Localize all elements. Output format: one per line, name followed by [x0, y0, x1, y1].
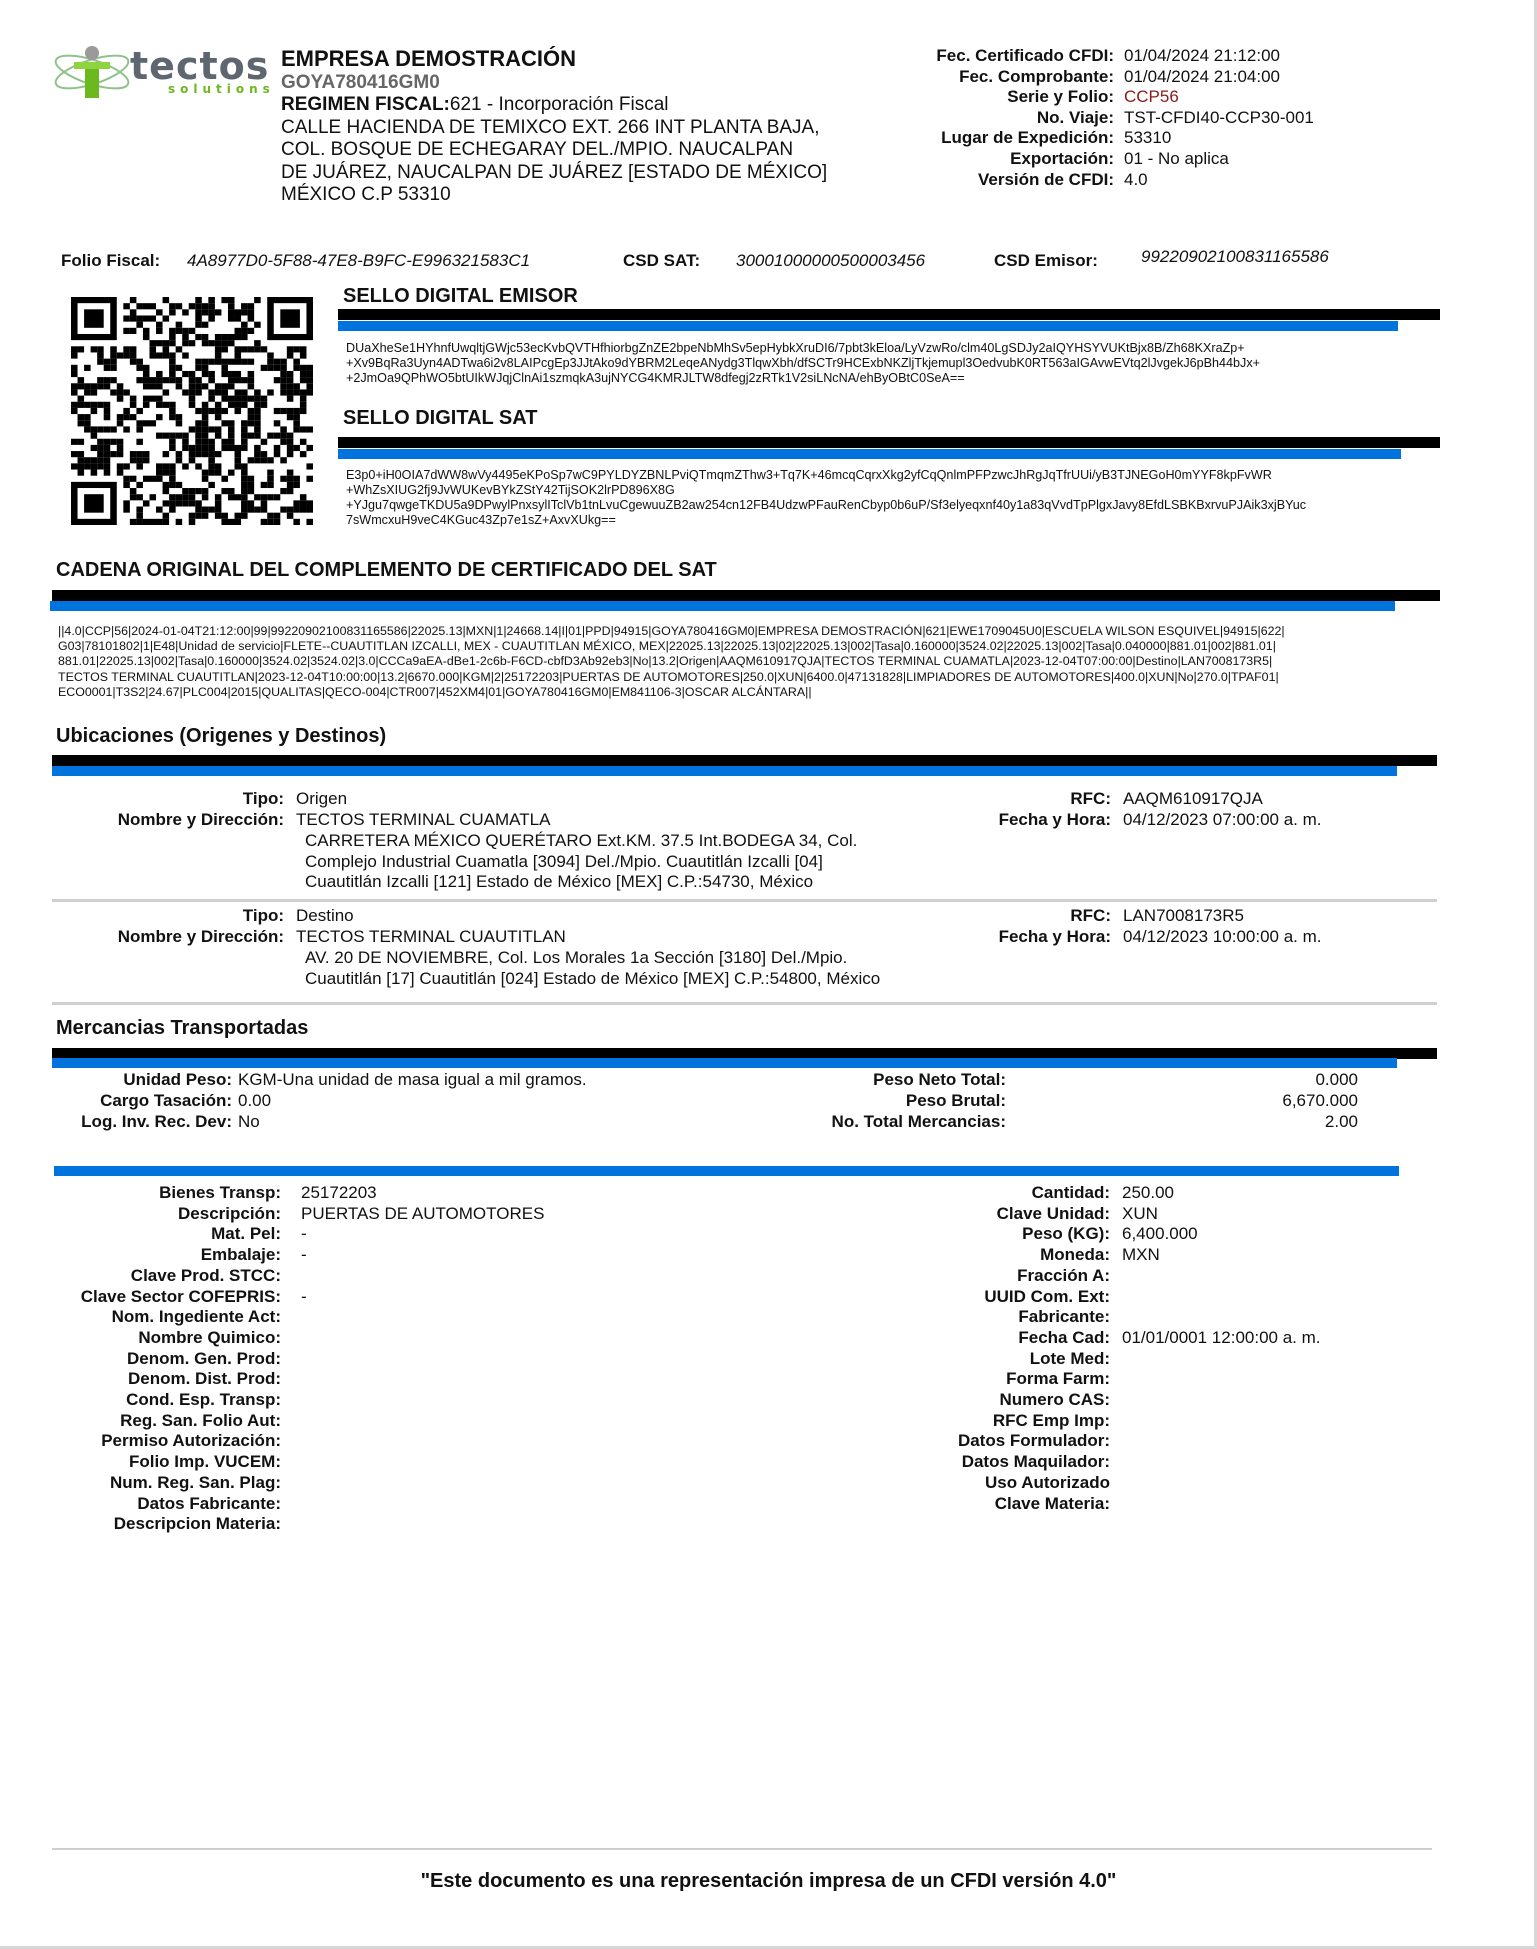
detail-left-row: Num. Reg. San. Plag: [52, 1473, 301, 1494]
cadena-original-title: CADENA ORIGINAL DEL COMPLEMENTO DE CERTI… [56, 559, 717, 582]
detail-right-row: Cantidad:250.00 [880, 1183, 1174, 1204]
summary-label: Peso Brutal: [760, 1091, 1018, 1112]
issuer-rfc: GOYA780416GM0 [281, 72, 901, 94]
detail-value: - [301, 1245, 307, 1266]
detail-label: Embalaje: [52, 1245, 301, 1266]
detail-right-row: Datos Maquilador: [880, 1452, 1122, 1473]
detail-label: Permiso Autorización: [52, 1431, 301, 1452]
detail-left-row: Nom. Ingediente Act: [52, 1307, 301, 1328]
detail-value: 01/01/0001 12:00:00 a. m. [1122, 1328, 1321, 1349]
ubic-tipo-value: Destino [296, 906, 354, 927]
detail-label: Datos Maquilador: [880, 1452, 1122, 1473]
meta-value: 53310 [1124, 128, 1171, 149]
ubic-tipo-label: Tipo: [52, 789, 296, 810]
detail-label: Uso Autorizado [880, 1473, 1122, 1494]
csd-sat: CSD SAT: [623, 251, 700, 271]
ubicaciones-bar-black [52, 755, 1437, 766]
detail-value: 25172203 [301, 1183, 377, 1204]
ubic-fecha-label: Fecha y Hora: [951, 927, 1123, 948]
meta-label: Versión de CFDI: [890, 170, 1124, 191]
summary-value: 0.000 [1018, 1070, 1358, 1091]
meta-value: 01 - No aplica [1124, 149, 1229, 170]
ubicacion-divider [52, 1002, 1437, 1005]
folio-fiscal-value: 4A8977D0-5F88-47E8-B9FC-E996321583C1 [187, 251, 530, 270]
summary-value: 2.00 [1018, 1112, 1358, 1133]
ubic-rfc-label: RFC: [951, 906, 1123, 927]
meta-row: No. Viaje:TST-CFDI40-CCP30-001 [890, 108, 1314, 129]
detail-right-row: Moneda:MXN [880, 1245, 1160, 1266]
meta-row: Lugar de Expedición:53310 [890, 128, 1314, 149]
mercancias-bar-blue [52, 1058, 1397, 1068]
detail-label: Num. Reg. San. Plag: [52, 1473, 301, 1494]
detail-right-row: Clave Unidad:XUN [880, 1204, 1158, 1225]
ubic-nombre-label: Nombre y Dirección: [52, 810, 296, 831]
issuer-regimen: REGIMEN FISCAL:621 - Incorporación Fisca… [281, 94, 901, 117]
detail-left-row: Denom. Dist. Prod: [52, 1369, 301, 1390]
summary-label: Log. Inv. Rec. Dev: [52, 1112, 238, 1133]
csd-sat-value: 30001000000500003456 [736, 251, 925, 270]
detail-label: Descripción: [52, 1204, 301, 1225]
csd-sat-label: CSD SAT: [623, 251, 700, 270]
sello-emisor-title: SELLO DIGITAL EMISOR [343, 285, 578, 308]
detail-label: Fecha Cad: [880, 1328, 1122, 1349]
detail-value: - [301, 1224, 307, 1245]
detail-value: 250.00 [1122, 1183, 1174, 1204]
ubicacion-divider [52, 899, 1437, 902]
atom-logo-icon [52, 44, 132, 100]
detail-right-row: Clave Materia: [880, 1494, 1122, 1515]
detail-right-row: Numero CAS: [880, 1390, 1122, 1411]
ubic-nombre: Nombre y Dirección:TECTOS TERMINAL CUAUT… [52, 927, 566, 948]
summary-left-row: Unidad Peso:KGM-Una unidad de masa igual… [52, 1070, 587, 1091]
detail-label: Datos Fabricante: [52, 1494, 301, 1515]
detail-left-row: Embalaje:- [52, 1245, 307, 1266]
detail-right-row: Fabricante: [880, 1307, 1122, 1328]
ubic-fecha: Fecha y Hora:04/12/2023 07:00:00 a. m. [951, 810, 1322, 831]
sello-sat-bar-blue [338, 449, 1401, 459]
footer-divider [52, 1848, 1432, 1850]
issuer-address: CALLE HACIENDA DE TEMIXCO EXT. 266 INT P… [281, 117, 901, 207]
detail-label: Datos Formulador: [880, 1431, 1122, 1452]
meta-label: Lugar de Expedición: [890, 128, 1124, 149]
meta-label: Exportación: [890, 149, 1124, 170]
detail-label: Nombre Quimico: [52, 1328, 301, 1349]
detail-left-row: Datos Fabricante: [52, 1494, 301, 1515]
summary-value: KGM-Una unidad de masa igual a mil gramo… [238, 1070, 587, 1091]
sello-emisor-bar-blue [338, 321, 1398, 331]
detail-label: Forma Farm: [880, 1369, 1122, 1390]
summary-left-row: Cargo Tasación:0.00 [52, 1091, 271, 1112]
detail-value: XUN [1122, 1204, 1158, 1225]
summary-label: Cargo Tasación: [52, 1091, 238, 1112]
detail-value: - [301, 1287, 307, 1308]
detail-right-row: UUID Com. Ext: [880, 1287, 1122, 1308]
summary-left-row: Log. Inv. Rec. Dev:No [52, 1112, 260, 1133]
summary-value: 6,670.000 [1018, 1091, 1358, 1112]
detail-label: Fracción A: [880, 1266, 1122, 1287]
meta-value: CCP56 [1124, 87, 1179, 108]
detail-label: Nom. Ingediente Act: [52, 1307, 301, 1328]
meta-row: Fec. Comprobante:01/04/2024 21:04:00 [890, 67, 1314, 88]
sello-emisor-text: DUaXheSe1HYhnfUwqltjGWjc53ecKvbQVTHfhior… [346, 341, 1436, 386]
meta-value: TST-CFDI40-CCP30-001 [1124, 108, 1314, 129]
ubic-rfc-label: RFC: [951, 789, 1123, 810]
regimen-label: REGIMEN FISCAL: [281, 94, 450, 115]
meta-value: 4.0 [1124, 170, 1148, 191]
summary-right-row: Peso Brutal:6,670.000 [760, 1091, 1358, 1112]
cadena-original-text: ||4.0|CCP|56|2024-01-04T21:12:00|99|9922… [58, 624, 1458, 700]
ubic-tipo-value: Origen [296, 789, 347, 810]
cadena-bar-blue [50, 601, 1395, 611]
ubic-fecha: Fecha y Hora:04/12/2023 10:00:00 a. m. [951, 927, 1322, 948]
detail-left-row: Descripción:PUERTAS DE AUTOMOTORES [52, 1204, 544, 1225]
detail-right-row: Forma Farm: [880, 1369, 1122, 1390]
detail-label: Moneda: [880, 1245, 1122, 1266]
detail-left-row: Folio Imp. VUCEM: [52, 1452, 301, 1473]
ubicaciones-bar-blue [52, 766, 1397, 776]
csd-emisor-value-wrap: 99220902100831165586 [1141, 247, 1329, 267]
detail-label: Clave Sector COFEPRIS: [52, 1287, 301, 1308]
ubic-rfc: RFC:LAN7008173R5 [951, 906, 1244, 927]
detail-label: Clave Prod. STCC: [52, 1266, 301, 1287]
detail-label: UUID Com. Ext: [880, 1287, 1122, 1308]
ubic-direccion: AV. 20 DE NOVIEMBRE, Col. Los Morales 1a… [305, 948, 880, 989]
ubic-rfc-value: AAQM610917QJA [1123, 789, 1263, 810]
cadena-bar-black [52, 590, 1440, 601]
csd-emisor-value: 99220902100831165586 [1141, 247, 1329, 266]
sello-sat-title: SELLO DIGITAL SAT [343, 407, 537, 430]
detail-label: Cantidad: [880, 1183, 1122, 1204]
sello-sat-bar-black [338, 437, 1440, 448]
detail-right-row: Datos Formulador: [880, 1431, 1122, 1452]
detail-label: Bienes Transp: [52, 1183, 301, 1204]
detail-left-row: Descripcion Materia: [52, 1514, 301, 1535]
csd-emisor-label: CSD Emisor: [994, 251, 1098, 270]
meta-row: Serie y Folio:CCP56 [890, 87, 1314, 108]
detail-label: Clave Unidad: [880, 1204, 1122, 1225]
detail-label: Numero CAS: [880, 1390, 1122, 1411]
cfdi-meta: Fec. Certificado CFDI:01/04/2024 21:12:0… [890, 46, 1314, 190]
summary-right-row: Peso Neto Total:0.000 [760, 1070, 1358, 1091]
cfdi-document: tectos solutions EMPRESA DEMOSTRACIÓN GO… [0, 0, 1537, 1949]
detail-left-row: Clave Sector COFEPRIS:- [52, 1287, 307, 1308]
folio-fiscal: Folio Fiscal: [61, 251, 160, 271]
detail-left-row: Nombre Quimico: [52, 1328, 301, 1349]
detail-label: Mat. Pel: [52, 1224, 301, 1245]
ubic-direccion: CARRETERA MÉXICO QUERÉTARO Ext.KM. 37.5 … [305, 831, 857, 893]
issuer-name: EMPRESA DEMOSTRACIÓN [281, 46, 901, 72]
summary-label: No. Total Mercancias: [760, 1112, 1018, 1133]
detail-left-row: Permiso Autorización: [52, 1431, 301, 1452]
detail-value: PUERTAS DE AUTOMOTORES [301, 1204, 544, 1225]
logo-subtitle: solutions [168, 82, 275, 96]
detail-left-row: Clave Prod. STCC: [52, 1266, 301, 1287]
detail-label: Lote Med: [880, 1349, 1122, 1370]
detail-right-row: Fecha Cad:01/01/0001 12:00:00 a. m. [880, 1328, 1321, 1349]
detail-label: Fabricante: [880, 1307, 1122, 1328]
ubic-tipo: Tipo:Destino [52, 906, 354, 927]
detail-right-row: Lote Med: [880, 1349, 1122, 1370]
ubic-nombre: Nombre y Dirección:TECTOS TERMINAL CUAMA… [52, 810, 550, 831]
meta-value: 01/04/2024 21:12:00 [1124, 46, 1280, 67]
qr-code-icon [71, 297, 313, 525]
mercancia-item-bar-blue [54, 1166, 1399, 1176]
ubic-nombre-value: TECTOS TERMINAL CUAMATLA [296, 810, 550, 831]
ubic-tipo-label: Tipo: [52, 906, 296, 927]
detail-label: Clave Materia: [880, 1494, 1122, 1515]
detail-left-row: Bienes Transp:25172203 [52, 1183, 377, 1204]
ubic-nombre-label: Nombre y Dirección: [52, 927, 296, 948]
detail-label: Folio Imp. VUCEM: [52, 1452, 301, 1473]
detail-label: RFC Emp Imp: [880, 1411, 1122, 1432]
meta-row: Fec. Certificado CFDI:01/04/2024 21:12:0… [890, 46, 1314, 67]
detail-label: Denom. Gen. Prod: [52, 1349, 301, 1370]
detail-value: 6,400.000 [1122, 1224, 1198, 1245]
sello-emisor-bar-black [338, 309, 1440, 320]
meta-row: Versión de CFDI:4.0 [890, 170, 1314, 191]
meta-label: Serie y Folio: [890, 87, 1124, 108]
detail-right-row: Fracción A: [880, 1266, 1122, 1287]
detail-right-row: RFC Emp Imp: [880, 1411, 1122, 1432]
company-logo: tectos solutions [52, 44, 262, 100]
meta-label: Fec. Certificado CFDI: [890, 46, 1124, 67]
meta-value: 01/04/2024 21:04:00 [1124, 67, 1280, 88]
sello-sat-text: E3p0+iH0OIA7dWW8wVy4495eKPoSp7wC9PYLDYZB… [346, 468, 1446, 528]
meta-label: No. Viaje: [890, 108, 1124, 129]
detail-label: Peso (KG): [880, 1224, 1122, 1245]
mercancias-title: Mercancias Transportadas [56, 1017, 308, 1040]
issuer-block: EMPRESA DEMOSTRACIÓN GOYA780416GM0 REGIM… [281, 46, 901, 207]
summary-right-row: No. Total Mercancias:2.00 [760, 1112, 1358, 1133]
ubicaciones-title: Ubicaciones (Origenes y Destinos) [56, 725, 386, 748]
summary-value: No [238, 1112, 260, 1133]
detail-left-row: Reg. San. Folio Aut: [52, 1411, 301, 1432]
detail-label: Cond. Esp. Transp: [52, 1390, 301, 1411]
detail-label: Descripcion Materia: [52, 1514, 301, 1535]
ubic-tipo: Tipo:Origen [52, 789, 347, 810]
ubic-fecha-label: Fecha y Hora: [951, 810, 1123, 831]
meta-label: Fec. Comprobante: [890, 67, 1124, 88]
csd-sat-value-wrap: 30001000000500003456 [736, 251, 925, 271]
detail-left-row: Denom. Gen. Prod: [52, 1349, 301, 1370]
detail-label: Denom. Dist. Prod: [52, 1369, 301, 1390]
detail-right-row: Peso (KG):6,400.000 [880, 1224, 1198, 1245]
footer-legend: "Este documento es una representación im… [0, 1870, 1537, 1893]
ubic-fecha-value: 04/12/2023 07:00:00 a. m. [1123, 810, 1322, 831]
ubic-fecha-value: 04/12/2023 10:00:00 a. m. [1123, 927, 1322, 948]
regimen-value: 621 - Incorporación Fiscal [450, 94, 669, 115]
summary-value: 0.00 [238, 1091, 271, 1112]
meta-row: Exportación:01 - No aplica [890, 149, 1314, 170]
summary-label: Unidad Peso: [52, 1070, 238, 1091]
csd-emisor: CSD Emisor: [994, 251, 1098, 271]
detail-right-row: Uso Autorizado [880, 1473, 1122, 1494]
detail-value: MXN [1122, 1245, 1160, 1266]
detail-left-row: Cond. Esp. Transp: [52, 1390, 301, 1411]
detail-label: Reg. San. Folio Aut: [52, 1411, 301, 1432]
folio-fiscal-label: Folio Fiscal: [61, 251, 160, 270]
ubic-rfc: RFC:AAQM610917QJA [951, 789, 1263, 810]
folio-fiscal-value-wrap: 4A8977D0-5F88-47E8-B9FC-E996321583C1 [187, 251, 530, 271]
ubic-rfc-value: LAN7008173R5 [1123, 906, 1244, 927]
ubic-nombre-value: TECTOS TERMINAL CUAUTITLAN [296, 927, 566, 948]
summary-label: Peso Neto Total: [760, 1070, 1018, 1091]
detail-left-row: Mat. Pel:- [52, 1224, 307, 1245]
